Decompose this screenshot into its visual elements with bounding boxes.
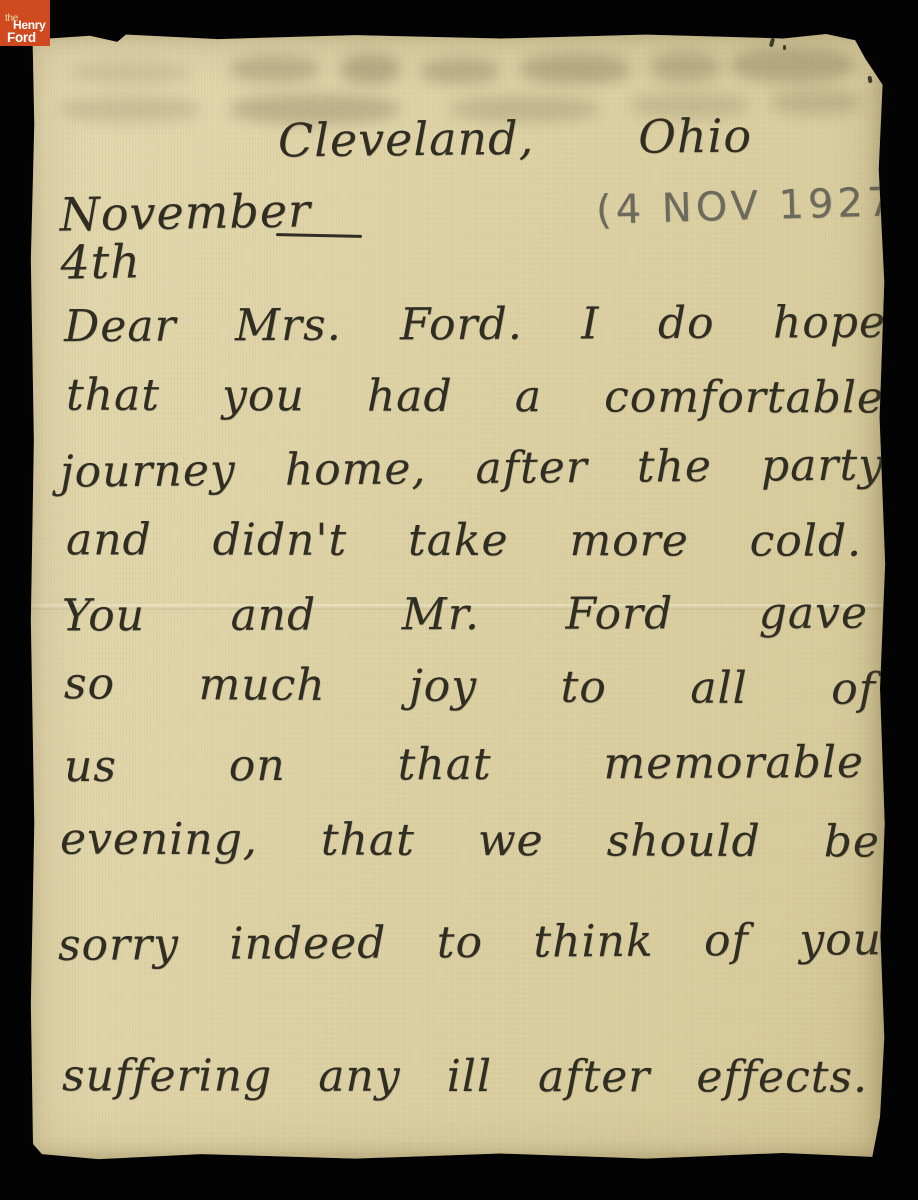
bleedthrough-smudge bbox=[60, 96, 200, 122]
bleedthrough-smudge bbox=[70, 62, 190, 84]
henry-ford-logo: the Henry Ford bbox=[0, 0, 50, 46]
handwritten-line: journey home, after the party bbox=[60, 442, 884, 495]
handwritten-line: so much joy to all of bbox=[64, 661, 876, 713]
handwritten-line: us on that memorable bbox=[64, 740, 864, 790]
bleedthrough-smudge bbox=[420, 58, 500, 84]
bleedthrough-smudge bbox=[650, 52, 720, 82]
letter-page: Cleveland, Ohio November 4th (4 NOV 1927… bbox=[30, 34, 886, 1162]
handwritten-line: and didn't take more cold. bbox=[66, 517, 862, 565]
bleedthrough-smudge bbox=[730, 48, 855, 82]
bleedthrough-smudge bbox=[770, 89, 860, 115]
handwritten-line: You and Mr. Ford gave bbox=[62, 591, 868, 640]
bleedthrough-smudge bbox=[340, 54, 400, 84]
heading-place: Cleveland, Ohio bbox=[278, 112, 752, 165]
bleedthrough-smudge bbox=[520, 54, 630, 84]
handwritten-line: evening, that we should be bbox=[60, 817, 880, 866]
handwritten-line: sorry indeed to think of you bbox=[58, 917, 882, 969]
bleedthrough-smudge bbox=[230, 56, 320, 82]
scan-background: Cleveland, Ohio November 4th (4 NOV 1927… bbox=[0, 0, 918, 1200]
handwritten-line: Dear Mrs. Ford. I do hope bbox=[64, 300, 886, 350]
logo-word-ford: Ford bbox=[7, 31, 36, 45]
handwritten-line: suffering any ill after effects. bbox=[62, 1053, 868, 1101]
archival-date-annotation: (4 NOV 1927) bbox=[595, 180, 858, 233]
ink-speck bbox=[783, 45, 786, 50]
handwritten-line: that you had a comfortable bbox=[66, 373, 884, 422]
